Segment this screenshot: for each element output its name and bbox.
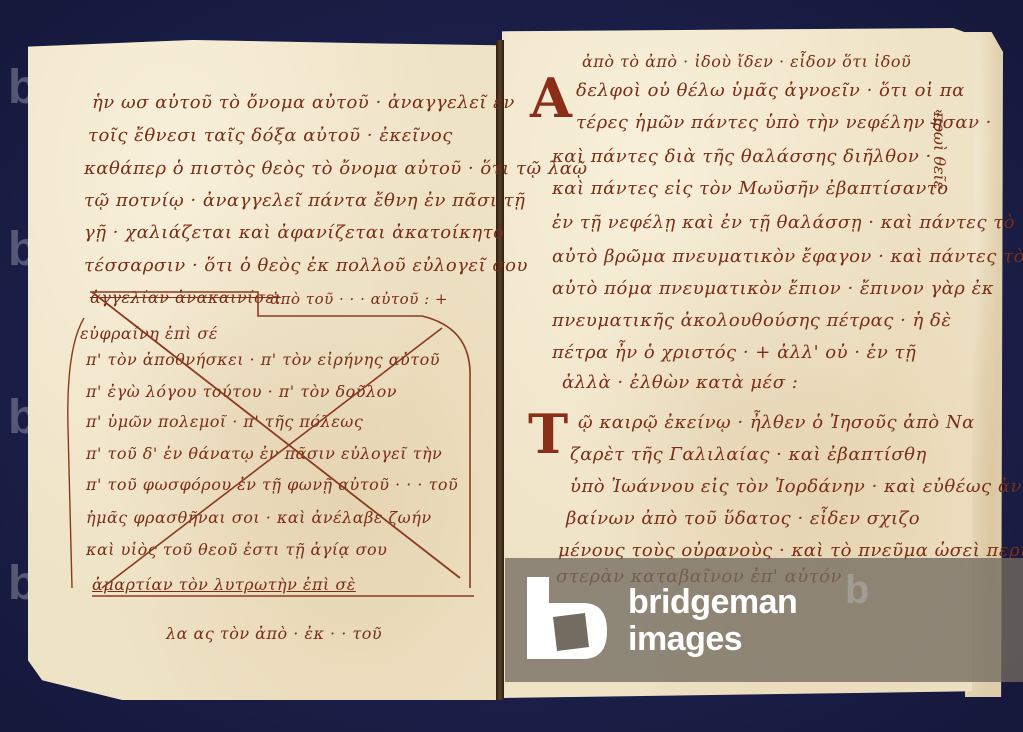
manuscript-line: ἀλλὰ · ἐλθὼν κατὰ μέσ :	[562, 372, 798, 393]
manuscript-line: ὑπὸ Ἰωάννου εἰς τὸν Ἰορδάνην · καὶ εὐθέω…	[570, 476, 1023, 497]
brand-name-line1: bridgeman	[628, 585, 797, 619]
brand-name-line2: images	[628, 622, 742, 656]
crossed-line: εὐφραίνη ἐπὶ σέ	[80, 324, 218, 343]
crossed-line: π' τοῦ δ' ἐν θάνατῳ ἐν πᾶσιν εὐλογεῖ τὴν	[86, 444, 442, 463]
manuscript-line: δελφοὶ οὐ θέλω ὑμᾶς ἀγνοεῖν · ὅτι οἱ πα	[576, 80, 965, 101]
manuscript-line: πέτρα ἦν ὁ χριστός · + ἀλλ' οὐ · ἐν τῇ	[552, 342, 916, 363]
manuscript-line: ἐν τῇ νεφέλῃ καὶ ἐν τῇ θαλάσσῃ · καὶ πάν…	[552, 212, 1015, 233]
manuscript-line: καὶ πάντες εἰς τὸν Μωϋσῆν ἐβαπτίσαντο	[552, 178, 949, 199]
crossed-line: π' τοῦ φωσφόρου ἐν τῇ φωνῇ αὐτοῦ · · · τ…	[86, 475, 458, 494]
manuscript-line: ἡν ωσ αὐτοῦ τὸ ὄνομα αὐτοῦ · ἀναγγελεῖ ἐ…	[92, 92, 515, 113]
crossed-line: π' τὸν ἀποθνήσκει · π' τὸν εἰρήνης αὐτοῦ	[86, 350, 440, 369]
manuscript-line: τέσσαρσιν · ὅτι ὁ θεὸς ἐκ πολλοῦ εὐλογεῖ…	[84, 255, 528, 276]
struck-header: ἀγγελίαν ἀνακαινίσει	[90, 288, 281, 307]
crossed-line: π' ὑμῶν πολεμοῖ · π' τῆς πόλεως	[86, 412, 363, 431]
footer-line: λα ας τὸν ἀπὸ · ἐκ · · τοῦ	[166, 624, 382, 643]
header-note: ἀπὸ τοῦ · · · αὐτοῦ : +	[270, 290, 448, 308]
manuscript-line: ῷ καιρῷ ἐκείνῳ · ἦλθεν ὁ Ἰησοῦς ἀπὸ Να	[578, 412, 975, 433]
manuscript-line: ζαρὲτ τῆς Γαλιλαίας · καὶ ἐβαπτίσθη	[570, 444, 927, 465]
watermark-tile: b	[845, 568, 869, 613]
margin-annotation: πρωὶ θεῖε	[930, 112, 949, 189]
book-gutter	[496, 40, 504, 700]
crossed-line: ἁμαρτίαν τὸν λυτρωτὴν ἐπὶ σὲ	[92, 575, 356, 594]
manuscript-line: αὐτὸ πόμα πνευματικὸν ἔπιον · ἔπινον γὰρ…	[552, 278, 994, 299]
manuscript-line: γῇ · χαλιάζεται καὶ ἀφανίζεται ἀκατοίκητ…	[84, 222, 505, 243]
crossed-line: καὶ υἱὸς τοῦ θεοῦ ἐστι τῇ ἀγίᾳ σου	[86, 540, 387, 559]
manuscript-line: αὐτὸ βρῶμα πνευματικὸν ἔφαγον · καὶ πάντ…	[552, 246, 1023, 267]
illuminated-initial-alpha: Α	[530, 66, 572, 130]
manuscript-line: καθάπερ ὁ πιστὸς θεὸς τὸ ὄνομα αὐτοῦ · ὅ…	[84, 158, 588, 179]
manuscript-line: βαίνων ἀπὸ τοῦ ὕδατος · εἶδεν σχιζο	[566, 508, 920, 529]
illuminated-initial-tau: Τ	[528, 402, 568, 466]
crossed-line: π' ἐγὼ λόγου τούτου · π' τὸν δοῦλον	[86, 382, 397, 401]
manuscript-line: τῷ ποτνίῳ · ἀναγγελεῖ πάντα ἔθνη ἐν πᾶσι…	[84, 190, 525, 211]
manuscript-line: τοῖς ἔθνεσι ταῖς δόξα αὐτοῦ · ἐκεῖνος	[88, 125, 453, 146]
manuscript-line: πνευματικῆς ἀκολουθούσης πέτρας · ἡ δὲ	[552, 310, 952, 331]
bridgeman-logo-icon	[527, 577, 607, 659]
crossed-line: ἡμᾶς φρασθῆναι σοι · καὶ ἀνέλαβε ζωήν	[86, 508, 432, 527]
header-line: ἀπὸ τὸ ἀπὸ · ἰδοὺ ἴδεν · εἶδον ὅτι ἰδοῦ	[582, 52, 911, 71]
manuscript-line: καὶ πάντες διὰ τῆς θαλάσσης διῆλθον ·	[552, 146, 932, 167]
